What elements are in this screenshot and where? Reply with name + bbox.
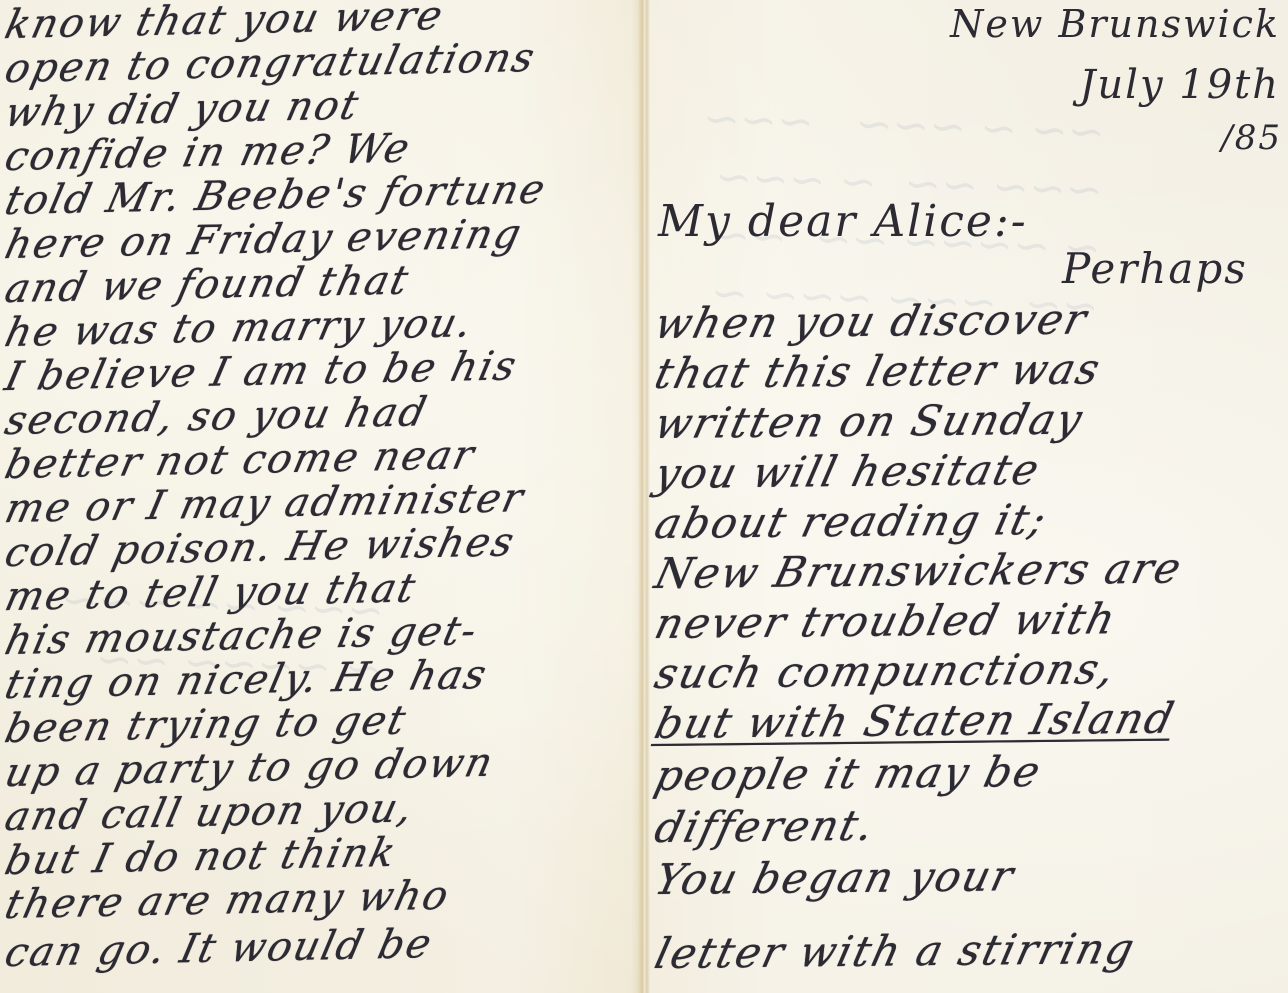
handwritten-line: up a party to go down bbox=[1, 740, 499, 796]
salutation: My dear Alice:- bbox=[658, 196, 1028, 247]
center-fold-crease bbox=[638, 0, 650, 993]
handwritten-line: people it may be bbox=[650, 748, 1046, 800]
letter-place: New Brunswick bbox=[950, 2, 1280, 46]
left-page: know that you were open to congratulatio… bbox=[0, 0, 636, 993]
handwritten-line: such compunctions, bbox=[650, 645, 1121, 698]
right-page: New Brunswick July 19th /85 My dear Alic… bbox=[652, 0, 1288, 993]
handwritten-line: can go. It would be bbox=[1, 921, 438, 976]
handwritten-line: never troubled with bbox=[650, 595, 1121, 648]
opening-word: Perhaps bbox=[1062, 244, 1248, 293]
handwritten-line: written on Sunday bbox=[650, 395, 1088, 448]
handwritten-line: cold poison. He wishes bbox=[1, 519, 520, 576]
handwritten-line: New Brunswickers are bbox=[650, 544, 1187, 598]
letter-date: July 19th bbox=[1079, 62, 1280, 108]
handwritten-line: there are many who bbox=[1, 873, 455, 929]
handwritten-line: I believe I am to be his bbox=[1, 343, 522, 400]
handwritten-line: you will hesitate bbox=[650, 446, 1045, 498]
handwritten-line: You began your bbox=[650, 852, 1019, 904]
handwritten-line: about reading it; bbox=[650, 496, 1052, 548]
handwritten-line: that this letter was bbox=[650, 345, 1106, 398]
handwritten-line: here on Friday evening bbox=[1, 211, 527, 268]
handwritten-line: when you discover bbox=[650, 295, 1092, 348]
handwritten-line-underlined: but with Staten Island bbox=[650, 695, 1180, 749]
letter-year: /85 bbox=[1221, 118, 1282, 158]
handwritten-line: letter with a stirring bbox=[650, 925, 1140, 978]
handwritten-line: different. bbox=[650, 802, 880, 852]
handwritten-line: ting on nicely. He has bbox=[1, 652, 492, 708]
letter-sheet: ~~ ~ ~~~ ~~~ ~~~ ~~ ~ ~~~ ~ ~~~~ ~~ ~~ ~… bbox=[0, 0, 1288, 993]
